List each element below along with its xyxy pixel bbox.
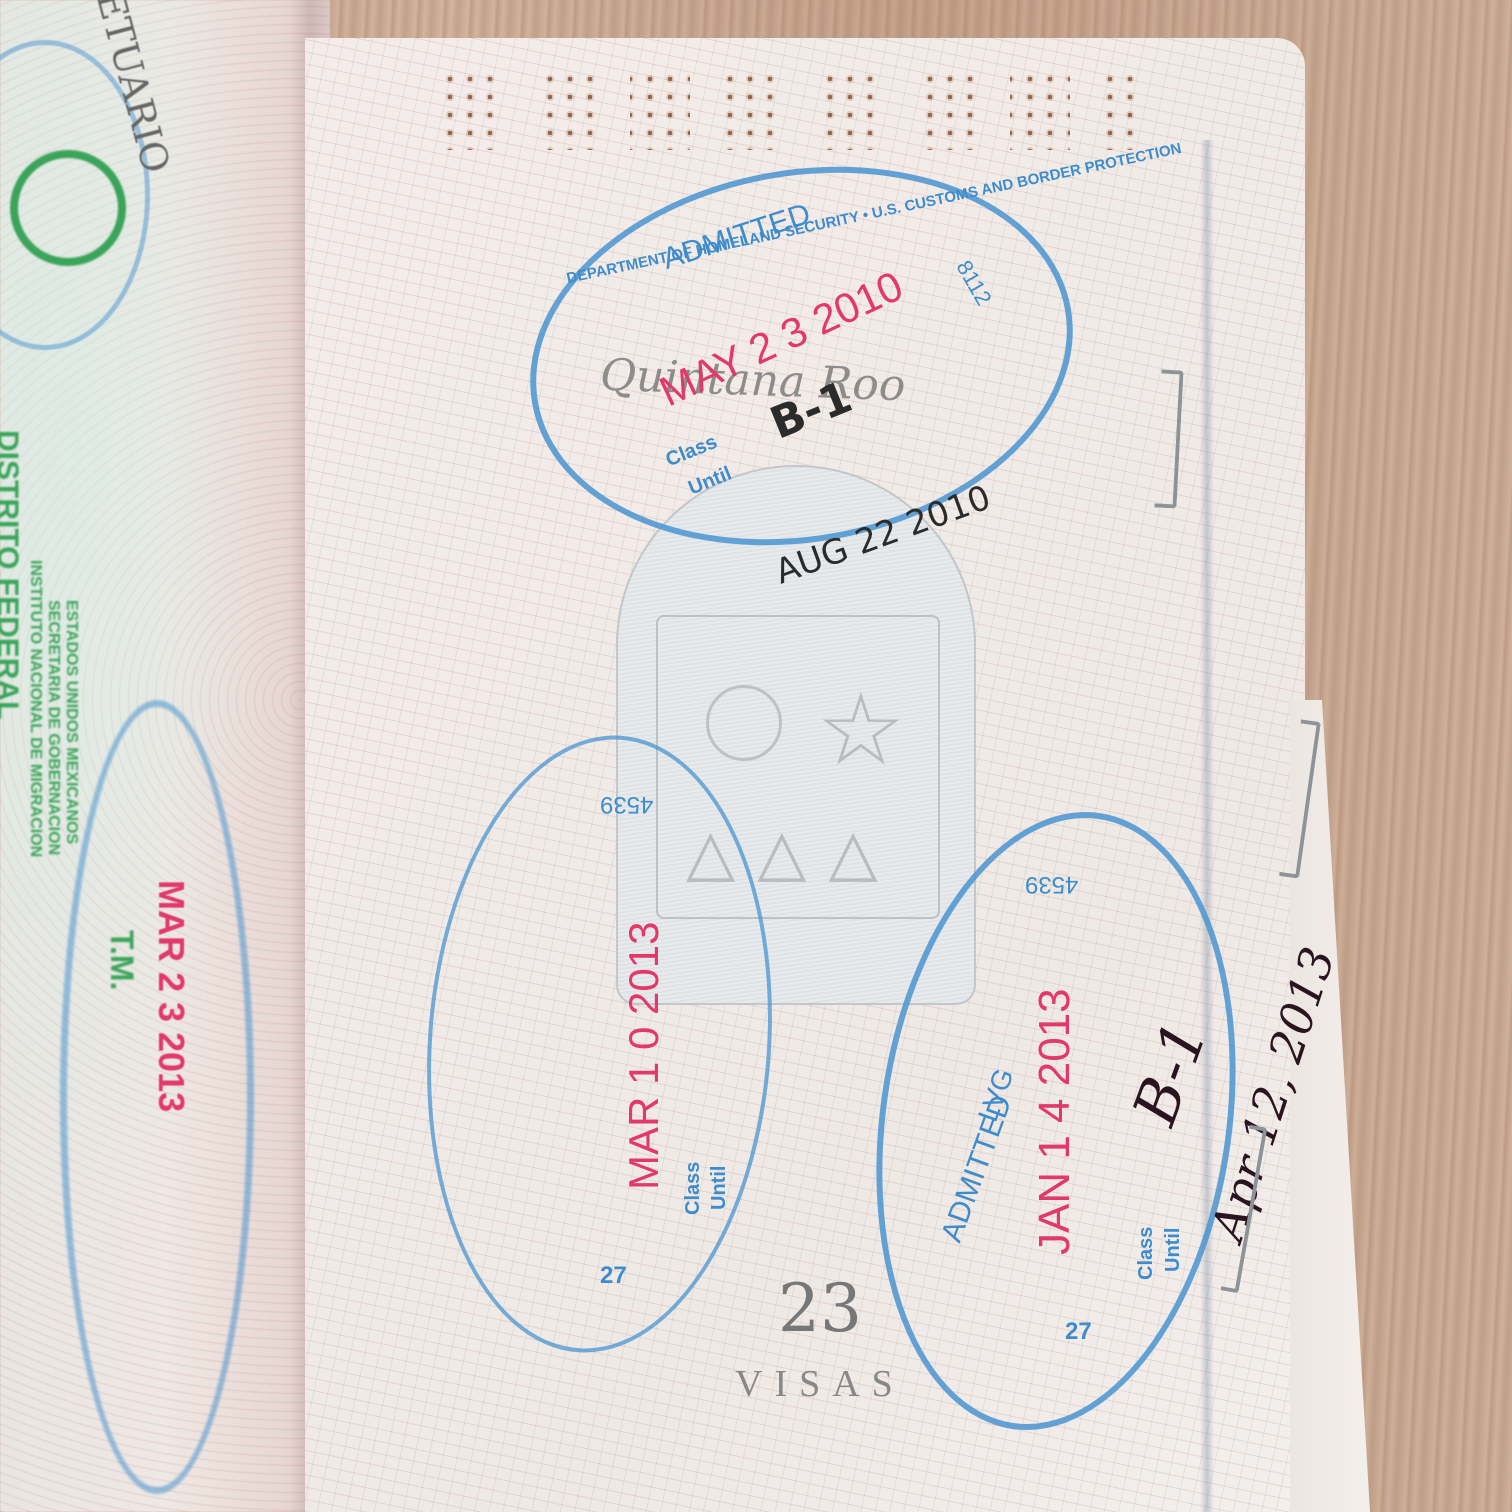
left-stamp-line-1: ESTADOS UNIDOS MEXICANOS [62,600,80,844]
stamp-mar-2013-class-label: Class [682,1162,705,1215]
stamp-mar-2013-port-code: 4539 [600,790,653,818]
left-stamp-line-2: SECRETARIA DE GOBERNACION [44,600,62,855]
stamp-jan-2013-until-label: Until [1162,1228,1185,1272]
stamp-mar-2013-until-label: Until [708,1166,731,1210]
left-stamp-line-3: INSTITUTO NACIONAL DE MIGRACION [26,560,44,857]
left-passport-page: ETUARIO ESTADOS UNIDOS MEXICANOS SECRETA… [0,0,330,1512]
left-entry-date: MAR 2 3 2013 [150,880,192,1112]
stamp-jan-2013-port-code: 4539 [1025,870,1078,898]
stamp-mar-2013-date: MAR 1 0 2013 [620,922,668,1191]
left-initials: T.M. [103,930,140,990]
left-stamp-line-4: DISTRITO FEDERAL [0,430,24,719]
star-emblem-icon: ☆ [816,680,906,780]
binding-shadow [1200,140,1214,1512]
stamp-mar-2013-officer-number: 27 [600,1262,627,1290]
spiral-emblem-icon [706,685,782,761]
page-number: 23 [778,1270,862,1347]
perforated-passport-number [440,70,1140,150]
stamp-jan-2013-class-label: Class [1135,1227,1158,1280]
page-label: VISAS [735,1362,905,1406]
stamp-jan-2013-date: JAN 1 4 2013 [1030,988,1080,1255]
stamp-jan-2013-officer-number: 27 [1065,1318,1092,1346]
